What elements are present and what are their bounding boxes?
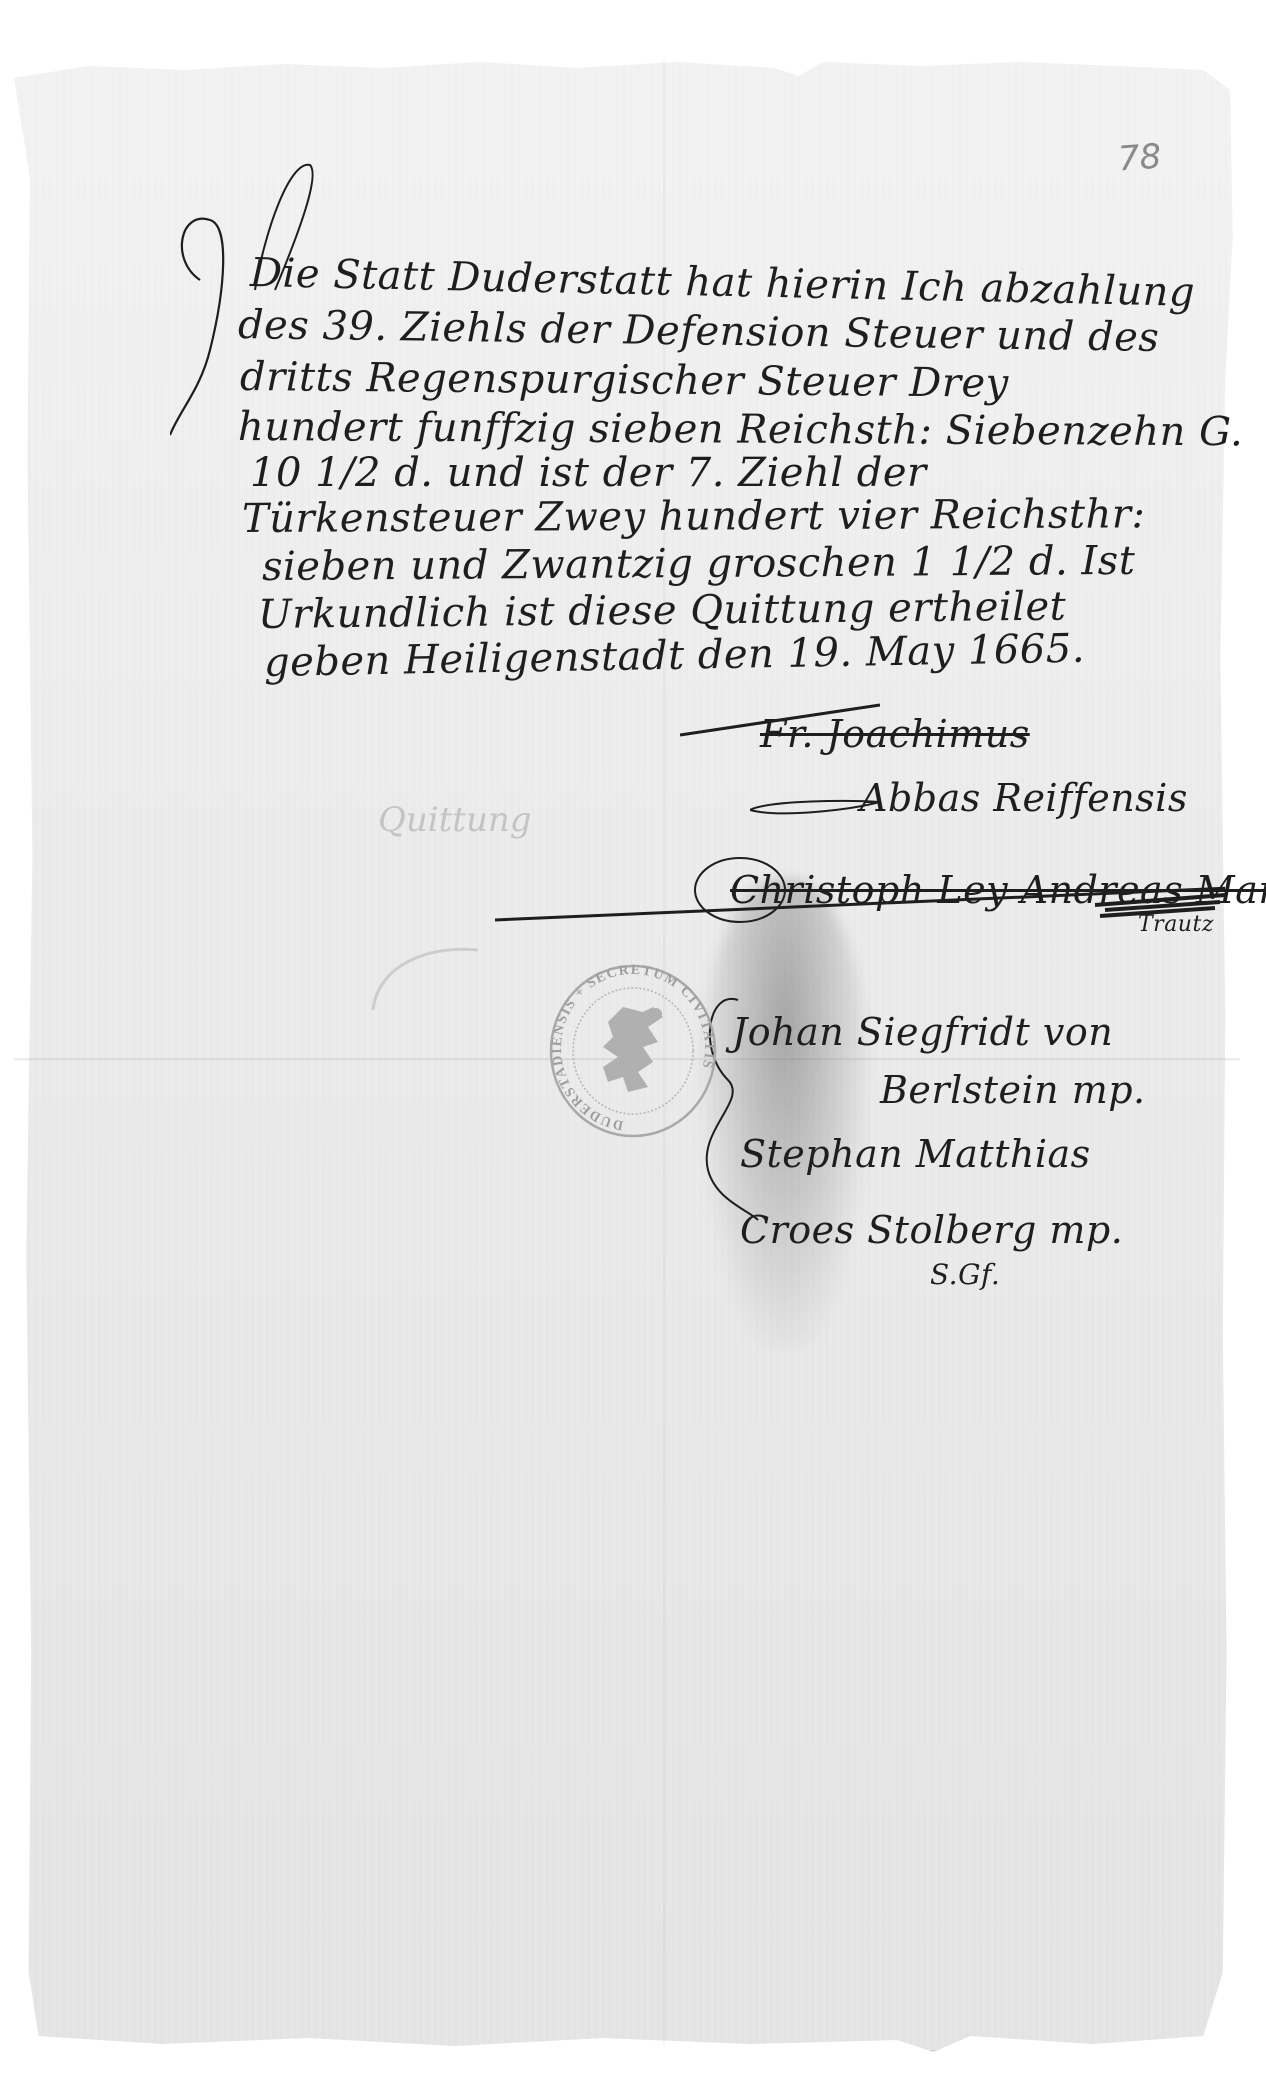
city-seal-stamp: DUDERSTADIENSIS + SECRETUM CIVITATIS <box>548 962 718 1140</box>
bleedthrough-text: Quittung <box>378 800 532 840</box>
signature-croes-stolberg: Croes Stolberg mp. <box>740 1208 1123 1252</box>
body-line-5: 10 1/2 d. und ist der 7. Ziehl der <box>250 450 927 496</box>
strike-line <box>680 700 880 740</box>
signature-berlstein: Berlstein mp. <box>880 1068 1146 1112</box>
signature-johan-siegfridt: Johan Siegfridt von <box>732 1010 1113 1054</box>
signature-abbas: Abbas Reiffensis <box>860 776 1188 820</box>
signature-suffix: S.Gf. <box>930 1258 1000 1291</box>
signature-suffix-trautz: Trautz <box>1138 912 1214 937</box>
body-line-3: dritts Regenspurgischer Steuer Drey <box>240 354 1009 407</box>
body-line-7: sieben und Zwantzig groschen 1 1/2 d. Is… <box>262 538 1136 590</box>
folio-number: 78 <box>1117 137 1163 180</box>
lion-rampant-icon <box>603 1007 663 1092</box>
body-line-6: Türkensteuer Zwey hundert vier Reichsthr… <box>242 491 1146 542</box>
body-line-4: hundert funffzig sieben Reichsth: Sieben… <box>238 404 1244 455</box>
flourish-line <box>750 790 880 820</box>
strike-line <box>495 850 1225 940</box>
bleedthrough-flourish <box>368 935 488 1015</box>
signature-stephan-matthias: Stephan Matthias <box>740 1132 1091 1176</box>
